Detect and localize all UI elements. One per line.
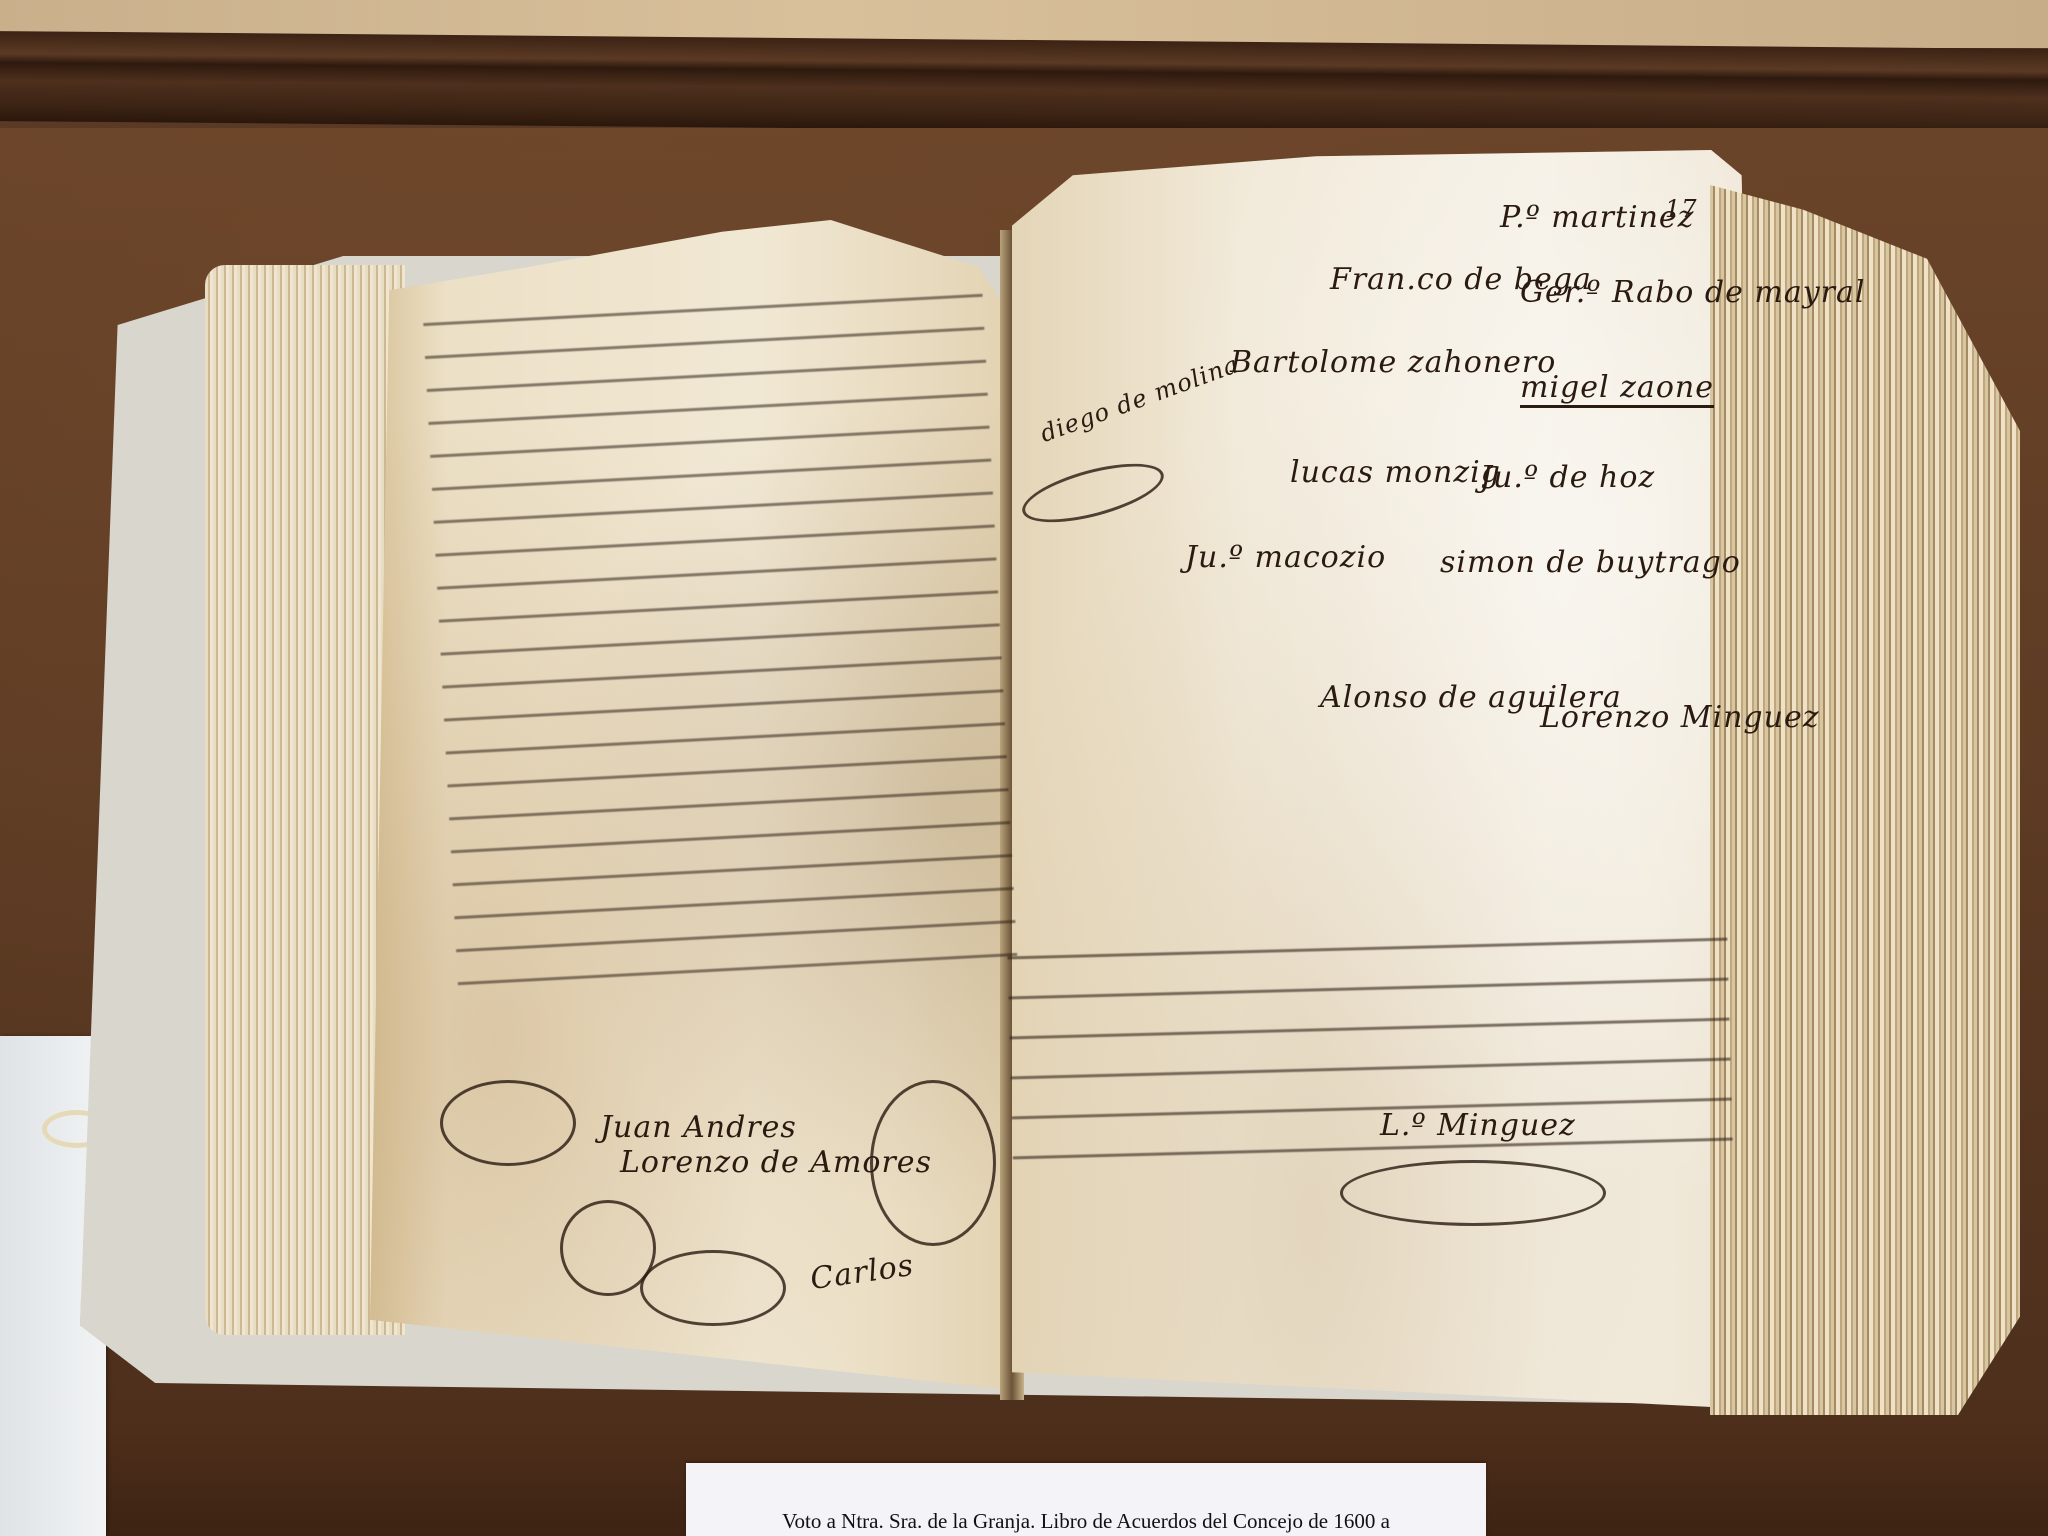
right-page-handwriting [1007,916,1733,1175]
signature: lucas monzig [1290,455,1501,490]
signature: P.º martinez [1500,200,1695,235]
right-page-edges [1710,185,2020,1415]
signature-flourish [870,1080,996,1246]
manuscript-right-page [1012,150,1772,1410]
exhibit-caption-text: Voto a Ntra. Sra. de la Granja. Libro de… [686,1509,1486,1534]
display-case-frame [0,31,2048,139]
signature-flourish [640,1250,786,1326]
closing-signature: L.º Minguez [1380,1108,1576,1143]
exhibit-caption-card: Voto a Ntra. Sra. de la Granja. Libro de… [686,1463,1486,1536]
signature-flourish [1340,1160,1606,1226]
left-page-handwriting [422,276,1017,994]
signature: Juan Andres [600,1110,797,1145]
signature: Lorenzo Minguez [1540,700,1820,735]
signature: Ger.º Rabo de mayral [1520,275,1866,310]
signature: Ju.º de hoz [1480,460,1655,495]
signature: Ju.º macozio [1185,540,1386,575]
signature: Bartolome zahonero [1230,345,1556,380]
signature-flourish [440,1080,576,1166]
signature: simon de buytrago [1440,545,1741,580]
signature: migel zaone [1520,370,1714,408]
